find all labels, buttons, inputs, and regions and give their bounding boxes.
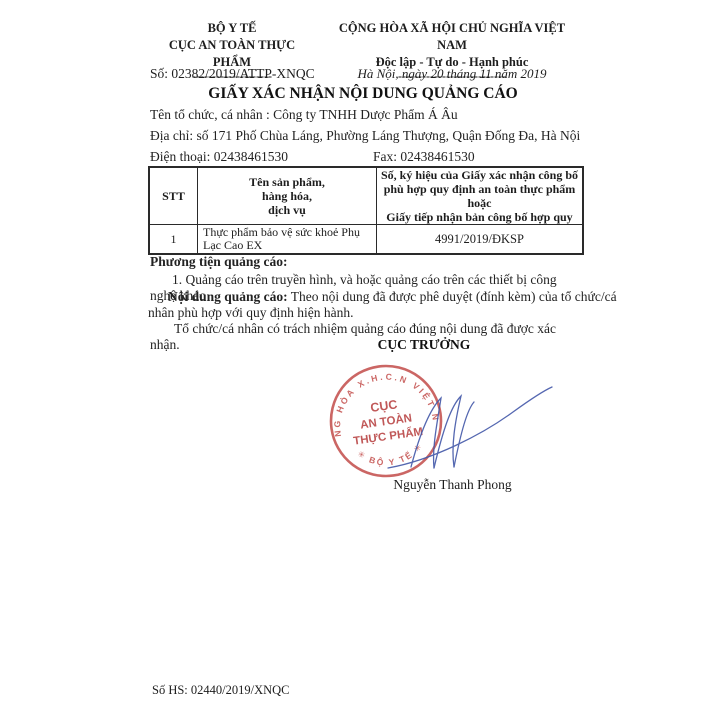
content-line1: Nội dung quảng cáo: Theo nội dung đã đượ… [148,289,580,305]
header-product-line2: hàng hóa, [198,189,376,203]
header-certificate: Số, ký hiệu của Giấy xác nhận công bố ph… [377,167,584,225]
document-number: Số: 02382/2019/ATTP-XNQC [150,66,315,82]
header-cert-line3: Giấy tiếp nhận bản công bố hợp quy [377,210,582,224]
header-stt: STT [149,167,198,225]
scanned-certificate-document: BỘ Y TẾ CỤC AN TOÀN THỰC PHẨM ----------… [0,0,720,720]
content-text-line1: Theo nội dung đã được phê duyệt (đính kè… [288,289,617,304]
issuer-ministry: BỘ Y TẾ [150,20,314,37]
signature-loop-stroke-2 [434,396,461,468]
table-row: 1 Thực phẩm bảo vệ sức khoẻ Phụ Lạc Cao … [149,225,583,255]
signature-tail-stroke [388,387,552,468]
document-title: GIẤY XÁC NHẬN NỘI DUNG QUẢNG CÁO [148,85,578,103]
content-paragraph: Nội dung quảng cáo: Theo nội dung đã đượ… [148,289,580,321]
phone-line: Điện thoại: 02438461530 [150,149,288,165]
signer-title: CỤC TRƯỞNG [334,337,514,353]
national-line1: CỘNG HÒA XÃ HỘI CHỦ NGHĨA VIỆT NAM [336,20,568,54]
fax-line: Fax: 02438461530 [373,149,475,165]
row-certificate-number: 4991/2019/ĐKSP [377,225,584,255]
file-reference-number: Số HS: 02440/2019/XNQC [152,683,290,698]
place-and-date: Hà Nội, ngày 20 tháng 11 năm 2019 [336,66,568,82]
table-header-row: STT Tên sản phẩm, hàng hóa, dịch vụ Số, … [149,167,583,225]
header-product: Tên sản phẩm, hàng hóa, dịch vụ [198,167,377,225]
row-product: Thực phẩm bảo vệ sức khoẻ Phụ Lạc Cao EX [198,225,377,255]
organization-line: Tên tổ chức, cá nhân : Công ty TNHH Dược… [150,107,458,123]
header-product-line1: Tên sản phẩm, [198,175,376,189]
header-product-line3: dịch vụ [198,203,376,217]
signature-ink [353,362,590,477]
media-heading: Phương tiện quảng cáo: [150,254,287,270]
header-cert-line1: Số, ký hiệu của Giấy xác nhận công bố [377,168,582,182]
signature-loop-stroke-3 [454,402,474,467]
signer-name: Nguyễn Thanh Phong [370,477,535,493]
address-line: Địa chỉ: số 171 Phố Chùa Láng, Phường Lá… [150,128,580,144]
row-stt: 1 [149,225,198,255]
content-label: Nội dung quảng cáo: [168,289,288,304]
products-table: STT Tên sản phẩm, hàng hóa, dịch vụ Số, … [148,166,584,255]
header-cert-line2: phù hợp quy định an toàn thực phẩm hoặc [377,182,582,210]
content-line2: nhân phù hợp với quy định hiện hành. [148,305,580,321]
